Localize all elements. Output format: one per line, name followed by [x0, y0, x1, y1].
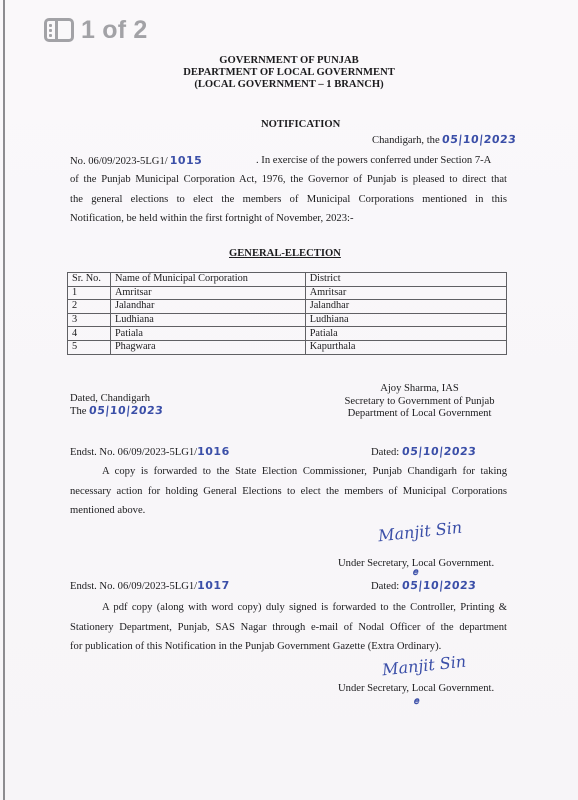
notification-title: NOTIFICATION [261, 119, 340, 131]
cell-corporation: Amritsar [110, 286, 305, 300]
table-row: 2JalandharJalandhar [68, 300, 507, 314]
column-header-sr-no: Sr. No. [68, 273, 111, 287]
cell-corporation: Jalandhar [110, 300, 305, 314]
table-row: 1AmritsarAmritsar [68, 286, 507, 300]
endorsement-1-body: A copy is forwarded to the State Electio… [70, 462, 507, 521]
table-header-row: Sr. No. Name of Municipal Corporation Di… [68, 273, 507, 287]
handwritten-date: 05|10|2023 [442, 134, 518, 146]
table-row: 4PatialaPatiala [68, 327, 507, 341]
cell-sr-no: 4 [68, 327, 111, 341]
cell-district: Kapurthala [305, 340, 506, 354]
cell-sr-no: 2 [68, 300, 111, 314]
header-branch: (LOCAL GOVERNMENT – 1 BRANCH) [0, 79, 578, 91]
cell-corporation: Ludhiana [110, 313, 305, 327]
endorsement-2-dated: Dated: 05|10|2023 [371, 580, 476, 593]
handwritten-number: 1017 [197, 580, 230, 592]
cell-district: Jalandhar [305, 300, 506, 314]
dated-prefix: The [70, 406, 86, 417]
endorsement-2-signatory: Under Secretary, Local Government. [338, 683, 494, 695]
header-government: GOVERNMENT OF PUNJAB [0, 55, 578, 67]
endorsement-2-number: Endst. No. 06/09/2023-5LG1/1017 [70, 580, 230, 593]
endorsement-number-prefix: Endst. No. 06/09/2023-5LG1/ [70, 447, 197, 458]
cell-district: Amritsar [305, 286, 506, 300]
signatory-title: Secretary to Government of Punjab [338, 396, 501, 408]
signatory-name: Ajoy Sharma, IAS [338, 383, 501, 395]
notification-body-line-2: of the Punjab Municipal Corporation Act,… [70, 170, 507, 190]
endorsement-1-line-2: necessary action for holding General Ele… [70, 482, 507, 502]
notification-body: of the Punjab Municipal Corporation Act,… [70, 170, 507, 229]
endorsement-1-dated: Dated: 05|10|2023 [371, 446, 476, 459]
signature-under-secretary: Manjit Sin [377, 518, 463, 546]
document-page: 1 of 2 GOVERNMENT OF PUNJAB DEPARTMENT O… [0, 0, 578, 800]
notification-body-line-1: . In exercise of the powers conferred un… [256, 155, 507, 167]
place-prefix: Chandigarh, the [372, 135, 440, 146]
endorsement-2-body: A pdf copy (along with word copy) duly s… [70, 598, 507, 657]
handwritten-number: 1016 [197, 446, 230, 458]
signatory-department: Department of Local Government [338, 408, 501, 420]
header-department: DEPARTMENT OF LOCAL GOVERNMENT [0, 67, 578, 79]
handwritten-date: 05|10|2023 [89, 405, 165, 417]
municipal-corporations-table: Sr. No. Name of Municipal Corporation Di… [67, 272, 507, 355]
dated-label: Dated: [371, 581, 399, 592]
dated-label: Dated: [371, 447, 399, 458]
notification-body-line-4: Notification, be held within the first f… [70, 209, 507, 229]
cell-corporation: Patiala [110, 327, 305, 341]
notification-place-date: Chandigarh, the 05|10|2023 [372, 134, 517, 147]
handwritten-number: 1015 [170, 155, 203, 167]
notification-body-line-3: the general elections to elect the membe… [70, 190, 507, 210]
column-header-corporation: Name of Municipal Corporation [110, 273, 305, 287]
handwritten-date: 05|10|2023 [401, 446, 477, 458]
endorsement-2-line-1: A pdf copy (along with word copy) duly s… [70, 598, 507, 618]
cell-sr-no: 5 [68, 340, 111, 354]
endorsement-1-number: Endst. No. 06/09/2023-5LG1/1016 [70, 446, 230, 459]
section-heading: GENERAL-ELECTION [229, 248, 341, 260]
handwritten-date: 05|10|2023 [401, 580, 477, 592]
endorsement-1-line-3: mentioned above. [70, 501, 507, 521]
column-header-district: District [305, 273, 506, 287]
page-edge-divider [3, 0, 5, 800]
endorsement-2-line-2: Stationery Department, Punjab, SAS Nagar… [70, 618, 507, 638]
table-row: 3LudhianaLudhiana [68, 313, 507, 327]
cell-district: Ludhiana [305, 313, 506, 327]
initials-mark: 𝑒 [414, 696, 419, 707]
page-count: 1 of 2 [81, 16, 148, 45]
notification-number-prefix: No. 06/09/2023-5LG1/ [70, 156, 168, 167]
endorsement-1-line-1: A copy is forwarded to the State Electio… [70, 462, 507, 482]
cell-district: Patiala [305, 327, 506, 341]
cell-corporation: Phagwara [110, 340, 305, 354]
endorsement-number-prefix: Endst. No. 06/09/2023-5LG1/ [70, 581, 197, 592]
table-row: 5PhagwaraKapurthala [68, 340, 507, 354]
notification-number: No. 06/09/2023-5LG1/1015 [70, 155, 202, 168]
dated-line: The 05|10|2023 [70, 405, 163, 418]
cell-sr-no: 1 [68, 286, 111, 300]
page-indicator[interactable]: 1 of 2 [44, 15, 148, 45]
sidebar-panel-icon[interactable] [44, 18, 74, 42]
initials-mark: 𝑒 [413, 567, 418, 578]
cell-sr-no: 3 [68, 313, 111, 327]
